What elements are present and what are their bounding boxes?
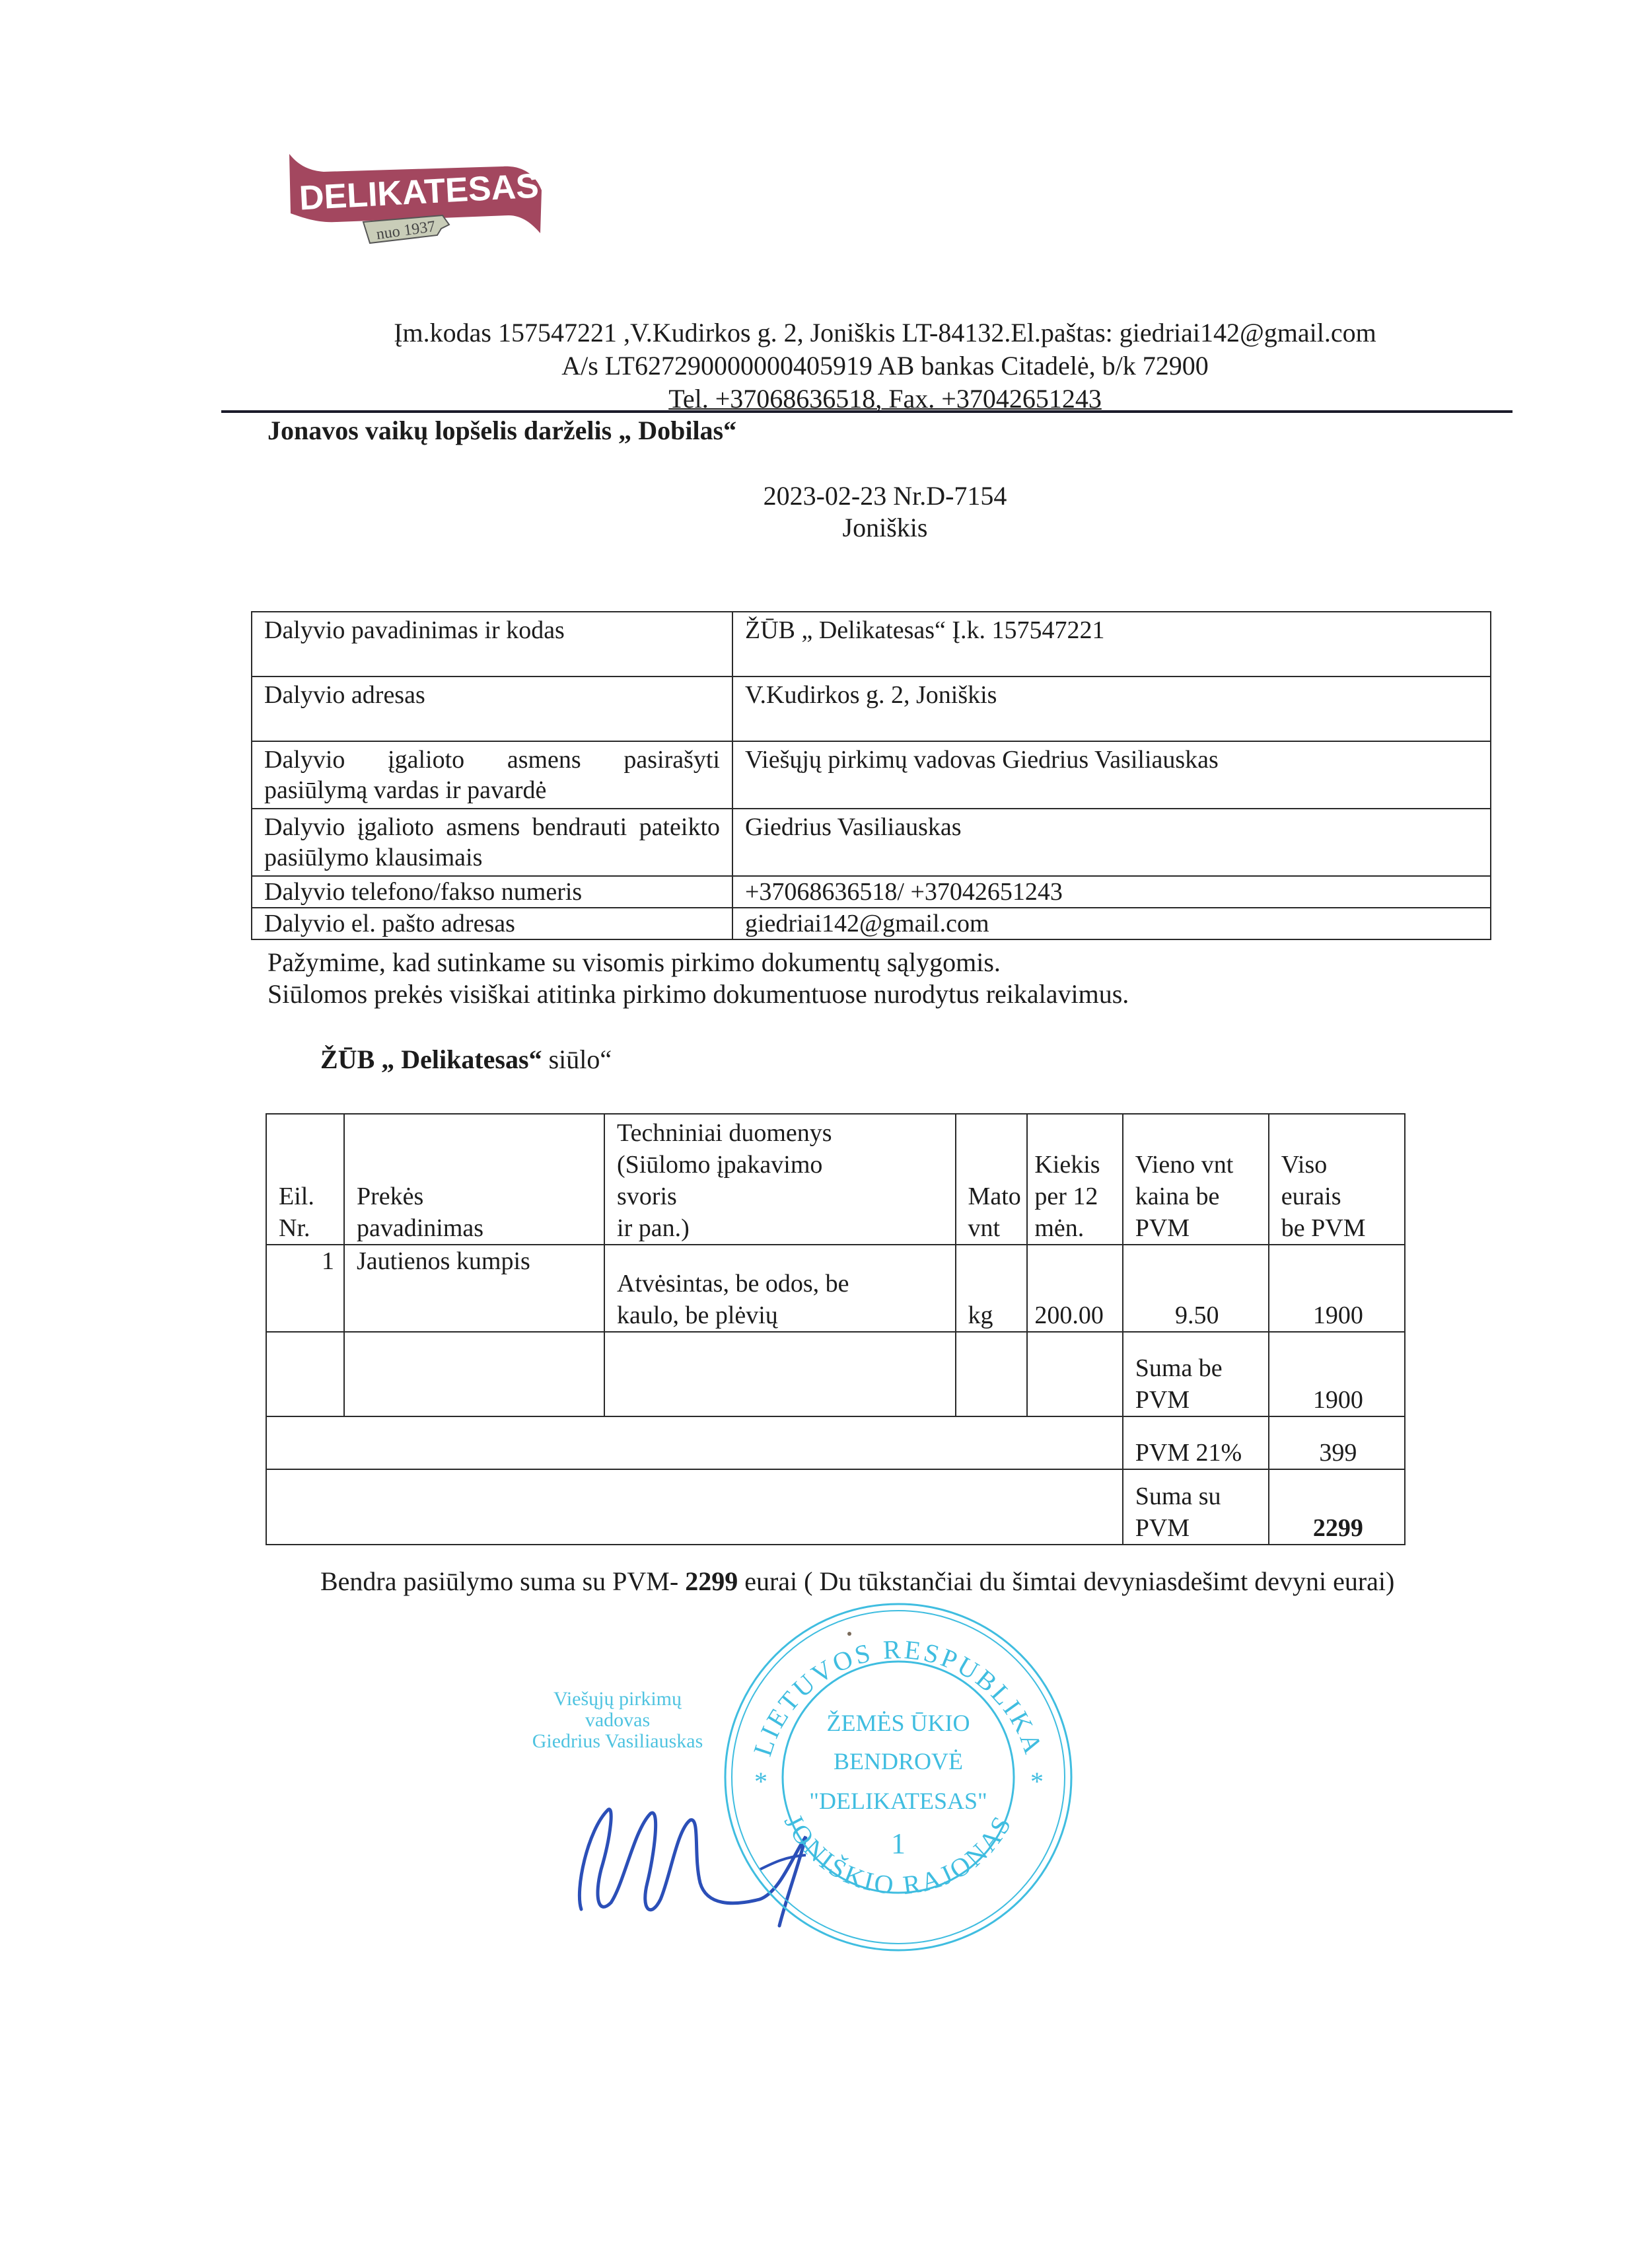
item-unit-price: 9.50	[1123, 1245, 1269, 1332]
total-in-words: eurai ( Du tūkstančiai du šimtai devynia…	[738, 1566, 1394, 1596]
empty-cell	[344, 1332, 604, 1416]
subtotal-value: 1900	[1269, 1332, 1405, 1416]
company-seal: LIETUVOS RESPUBLIKA JONIŠKIO RAJONAS * *…	[720, 1599, 1077, 1956]
total-amount: 2299	[685, 1566, 738, 1596]
table-row: 1 Jautienos kumpis Atvėsintas, be odos, …	[266, 1245, 1405, 1332]
letterhead-divider	[221, 410, 1513, 413]
participant-value: Viešųjų pirkimų vadovas Giedrius Vasilia…	[732, 741, 1491, 809]
participant-value: V.Kudirkos g. 2, Joniškis	[732, 677, 1491, 741]
item-unit: kg	[956, 1245, 1028, 1332]
participant-label: Dalyvio el. pašto adresas	[252, 908, 732, 939]
participant-label: Dalyvio įgalioto asmens pasirašyti pasiū…	[252, 741, 732, 809]
document-date-number: 2023-02-23 Nr.D-7154	[0, 480, 1638, 511]
item-tech: Atvėsintas, be odos, bekaulo, be plėvių	[604, 1245, 956, 1332]
delikatesas-logo-icon: DELIKATESAS nuo 1937	[284, 151, 548, 256]
item-qty: 200.00	[1027, 1245, 1122, 1332]
header-unit: Matovnt	[956, 1114, 1028, 1245]
svg-text:ŽEMĖS ŪKIO: ŽEMĖS ŪKIO	[827, 1710, 970, 1736]
signatory-title-2: vadovas	[509, 1710, 727, 1731]
svg-text:*: *	[1030, 1767, 1044, 1796]
header-qty: Kiekisper 12mėn.	[1027, 1114, 1122, 1245]
table-row: Dalyvio pavadinimas ir kodas ŽŪB „ Delik…	[252, 612, 1491, 677]
empty-cell	[266, 1416, 1123, 1469]
empty-cell	[604, 1332, 956, 1416]
svg-text:*: *	[754, 1767, 767, 1796]
signatory-title: Viešųjų pirkimų	[509, 1689, 727, 1710]
letterhead-bank-details: A/s LT627290000000405919 AB bankas Citad…	[0, 350, 1638, 382]
svg-text:LIETUVOS RESPUBLIKA: LIETUVOS RESPUBLIKA	[748, 1634, 1050, 1760]
item-no: 1	[266, 1245, 344, 1332]
signatory-name: Giedrius Vasiliauskas	[509, 1731, 727, 1752]
grand-total-value: 2299	[1269, 1469, 1405, 1545]
offer-table: Eil.Nr. Prekėspavadinimas Techniniai duo…	[266, 1113, 1406, 1545]
header-tech: Techniniai duomenys(Siūlomo įpakavimosvo…	[604, 1114, 956, 1245]
offer-heading-company: ŽŪB „ Delikatesas“	[320, 1044, 542, 1074]
table-row: Dalyvio adresas V.Kudirkos g. 2, Joniški…	[252, 677, 1491, 741]
table-row: Dalyvio telefono/fakso numeris +37068636…	[252, 876, 1491, 908]
total-offer-sum: Bendra pasiūlymo suma su PVM- 2299 eurai…	[320, 1566, 1394, 1597]
header-name: Prekėspavadinimas	[344, 1114, 604, 1245]
summary-row-total: Suma suPVM 2299	[266, 1469, 1405, 1545]
participant-value: Giedrius Vasiliauskas	[732, 809, 1491, 876]
empty-cell	[266, 1332, 344, 1416]
item-name: Jautienos kumpis	[344, 1245, 604, 1332]
signatory-stamp: Viešųjų pirkimų vadovas Giedrius Vasilia…	[509, 1689, 727, 1752]
letterhead-phone-fax: Tel. +37068636518, Fax. +37042651243	[668, 384, 1102, 414]
empty-cell	[956, 1332, 1028, 1416]
offer-heading: ŽŪB „ Delikatesas“ siūlo“	[320, 1044, 612, 1075]
vat-label: PVM 21%	[1123, 1416, 1269, 1469]
agreement-statement: Pažymime, kad sutinkame su visomis pirki…	[267, 947, 1001, 978]
header-no: Eil.Nr.	[266, 1114, 344, 1245]
subtotal-label: Suma bePVM	[1123, 1332, 1269, 1416]
round-seal-icon: LIETUVOS RESPUBLIKA JONIŠKIO RAJONAS * *…	[720, 1599, 1077, 1956]
letterhead-company-details: Įm.kodas 157547221 ,V.Kudirkos g. 2, Jon…	[0, 317, 1638, 349]
vat-value: 399	[1269, 1416, 1405, 1469]
header-total: Visoeuraisbe PVM	[1269, 1114, 1405, 1245]
participant-label: Dalyvio telefono/fakso numeris	[252, 876, 732, 908]
participant-label: Dalyvio adresas	[252, 677, 732, 741]
document-place: Joniškis	[0, 512, 1638, 543]
compliance-statement: Siūlomos prekės visiškai atitinka pirkim…	[267, 978, 1129, 1009]
header-unit-price: Vieno vntkaina bePVM	[1123, 1114, 1269, 1245]
company-logo: DELIKATESAS nuo 1937	[284, 151, 548, 256]
grand-total-label: Suma suPVM	[1123, 1469, 1269, 1545]
participant-value: +37068636518/ +37042651243	[732, 876, 1491, 908]
offer-heading-verb: siūlo“	[542, 1044, 612, 1074]
participant-info-table: Dalyvio pavadinimas ir kodas ŽŪB „ Delik…	[251, 611, 1491, 940]
svg-text:BENDROVĖ: BENDROVĖ	[834, 1748, 963, 1774]
svg-text:1: 1	[891, 1827, 906, 1860]
summary-row-subtotal: Suma bePVM 1900	[266, 1332, 1405, 1416]
total-prefix: Bendra pasiūlymo suma su PVM-	[320, 1566, 685, 1596]
svg-text:"DELIKATESAS": "DELIKATESAS"	[809, 1788, 987, 1814]
participant-value: ŽŪB „ Delikatesas“ Į.k. 157547221	[732, 612, 1491, 677]
table-row: Dalyvio įgalioto asmens pasirašyti pasiū…	[252, 741, 1491, 809]
participant-label: Dalyvio pavadinimas ir kodas	[252, 612, 732, 677]
table-row: Dalyvio el. pašto adresas giedriai142@gm…	[252, 908, 1491, 939]
empty-cell	[266, 1469, 1123, 1545]
table-header-row: Eil.Nr. Prekėspavadinimas Techniniai duo…	[266, 1114, 1405, 1245]
table-row: Dalyvio įgalioto asmens bendrauti pateik…	[252, 809, 1491, 876]
item-total: 1900	[1269, 1245, 1405, 1332]
empty-cell	[1027, 1332, 1122, 1416]
summary-row-vat: PVM 21% 399	[266, 1416, 1405, 1469]
participant-value: giedriai142@gmail.com	[732, 908, 1491, 939]
participant-label: Dalyvio įgalioto asmens bendrauti pateik…	[252, 809, 732, 876]
recipient-name: Jonavos vaikų lopšelis darželis „ Dobila…	[267, 415, 736, 446]
